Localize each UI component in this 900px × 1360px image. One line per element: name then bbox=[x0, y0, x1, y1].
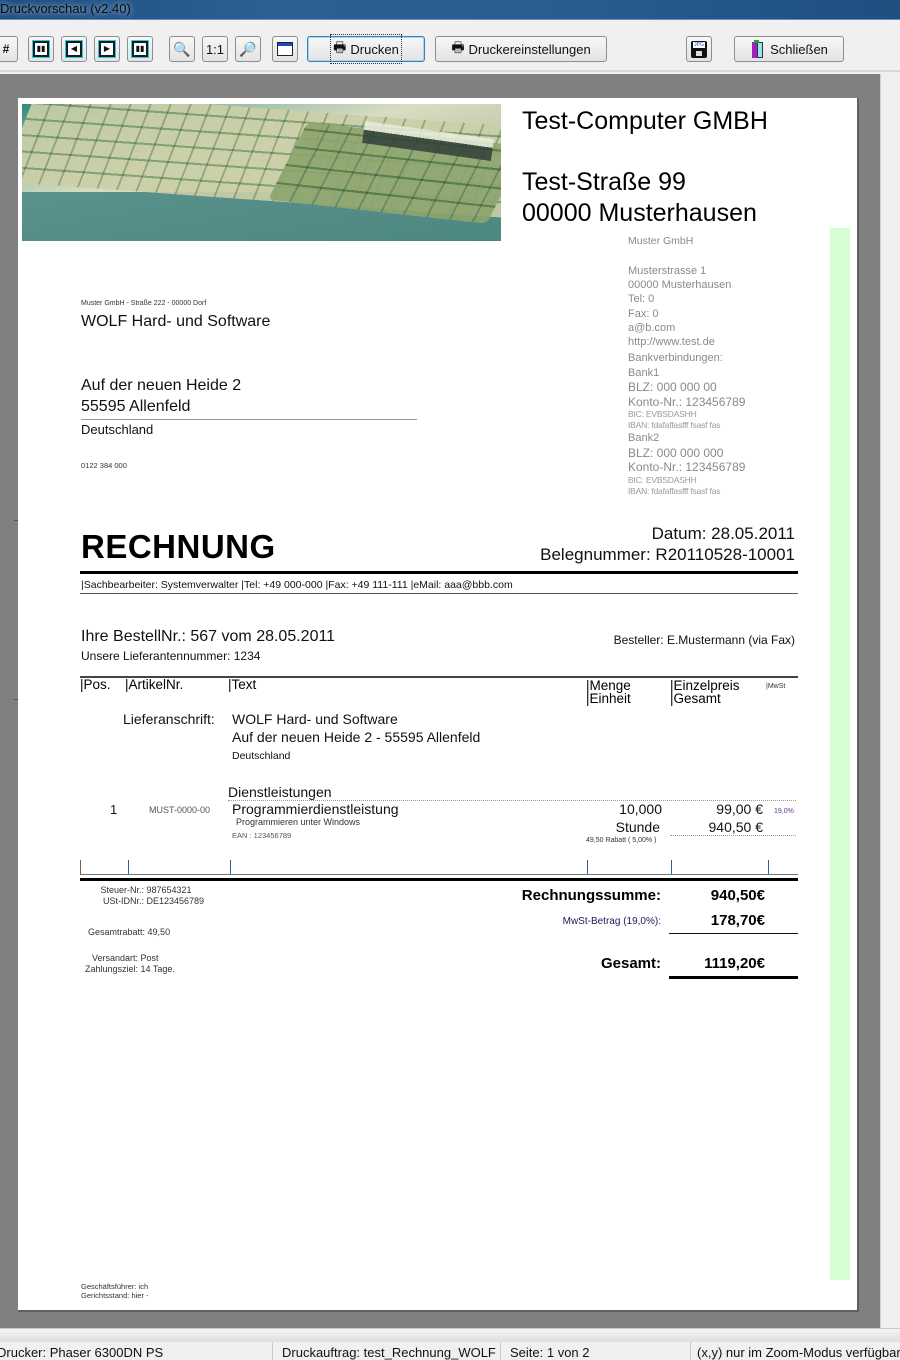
zoom-actual-button[interactable]: 1:1 bbox=[202, 36, 228, 62]
delivery-label: Lieferanschrift: bbox=[123, 711, 215, 727]
item-article: MUST-0000-00 bbox=[149, 805, 210, 815]
footer-ceo: Geschäftsführer: ich bbox=[81, 1282, 149, 1291]
bank2-blz: BLZ: 000 000 000 bbox=[628, 446, 745, 461]
col-article: |ArtikelNr. bbox=[125, 678, 183, 692]
sender-street: Test-Straße 99 bbox=[522, 168, 686, 197]
payment-value: 14 Tage. bbox=[141, 964, 175, 974]
shipping-label: Versandart: bbox=[78, 953, 138, 964]
keyboard-header-image bbox=[22, 104, 501, 241]
page-number-button[interactable]: # bbox=[0, 36, 18, 62]
zoom-in-button[interactable]: 🔍 bbox=[169, 36, 195, 62]
document-number: Belegnummer: R20110528-10001 bbox=[540, 545, 795, 565]
item-text: Programmierdienstleistung bbox=[232, 801, 399, 817]
vat-label: MwSt-Betrag (19,0%): bbox=[563, 916, 661, 927]
contact-line: |Sachbearbeiter: Systemverwalter |Tel: +… bbox=[81, 579, 513, 591]
print-label: Drucken bbox=[350, 42, 398, 57]
sidebar-web: http://www.test.de bbox=[628, 335, 731, 349]
exit-door-icon bbox=[750, 40, 764, 58]
toolbar: # ▮▮ ◀ ▶ ▮▮ 🔍 1:1 🔎 🖶 Drucken 🖶 Druckere… bbox=[0, 20, 900, 72]
shipping-info: Versandart: Post Zahlungsziel: 14 Tage. bbox=[78, 953, 175, 975]
bank2-iban: IBAN: fdafaffasfff fsasf fas bbox=[628, 486, 745, 497]
vat-value: 178,70€ bbox=[711, 912, 765, 929]
last-page-icon: ▮▮ bbox=[132, 41, 148, 57]
bank1-konto: Konto-Nr.: 123456789 bbox=[628, 395, 745, 410]
sidebar-tel: Tel: 0 bbox=[628, 292, 731, 306]
vat-id-label: USt-IDNr.: bbox=[78, 896, 144, 907]
save-jpg-button[interactable]: JPG bbox=[686, 36, 712, 62]
item-vat: 19,0% bbox=[774, 808, 794, 815]
recipient-phone: 0122 384 000 bbox=[81, 461, 127, 470]
zoom-actual-label: 1:1 bbox=[206, 42, 224, 57]
bank1-blz: BLZ: 000 000 00 bbox=[628, 380, 745, 395]
table-end-rule bbox=[80, 878, 798, 881]
invoice-page: Test-Computer GMBH Test-Straße 99 00000 … bbox=[18, 98, 859, 1312]
page-footer: Geschäftsführer: ich Gerichtsstand: hier… bbox=[81, 1282, 149, 1300]
bank2-name: Bank2 bbox=[628, 431, 745, 446]
col-text: |Text bbox=[228, 678, 256, 692]
save-jpg-icon: JPG bbox=[691, 41, 707, 58]
supplier-number: Unsere Lieferantennummer: 1234 bbox=[81, 649, 260, 663]
title-rule bbox=[80, 571, 798, 574]
sidebar-fax: Fax: 0 bbox=[628, 307, 731, 321]
next-page-button[interactable]: ▶ bbox=[94, 36, 120, 62]
recipient-city: 55595 Allenfeld bbox=[81, 398, 190, 416]
printer-settings-button[interactable]: 🖶 Druckereinstellungen bbox=[435, 36, 607, 62]
col-tick bbox=[587, 860, 588, 874]
status-page: Seite: 1 von 2 bbox=[510, 1345, 690, 1360]
grand-total-label: Gesamt: bbox=[601, 955, 661, 972]
status-print-job: Druckauftrag: test_Rechnung_WOLF bbox=[282, 1345, 502, 1360]
zoom-out-icon: 🔎 bbox=[239, 41, 256, 58]
tax-no-label: Steuer-Nr.: bbox=[78, 885, 144, 896]
shipping-value: Post bbox=[141, 953, 159, 963]
page-layout-icon bbox=[277, 42, 293, 56]
payment-label: Zahlungsziel: bbox=[78, 964, 138, 975]
recipient-country: Deutschland bbox=[81, 422, 153, 437]
grand-total-value: 1119,20€ bbox=[704, 955, 765, 972]
window-title: Druckvorschau (v2.40) bbox=[0, 1, 131, 16]
group-title: Dienstleistungen bbox=[228, 784, 332, 800]
print-button[interactable]: 🖶 Drucken bbox=[307, 36, 425, 62]
sidebar-city: 00000 Musterhausen bbox=[628, 278, 731, 292]
hash-label: # bbox=[3, 42, 10, 56]
status-coordinates: (x,y) nur im Zoom-Modus verfügbar bbox=[697, 1345, 900, 1360]
last-page-button[interactable]: ▮▮ bbox=[127, 36, 153, 62]
window-titlebar: Druckvorschau (v2.40) bbox=[0, 0, 900, 20]
bank1-iban: IBAN: fdafaffasfff fsasf fas bbox=[628, 420, 745, 431]
sidebar-contact: Musterstrasse 1 00000 Musterhausen Tel: … bbox=[628, 264, 731, 349]
item-subtext: Programmieren unter Windows bbox=[236, 817, 360, 827]
contact-rule bbox=[80, 593, 798, 594]
item-quantity: 10,000 bbox=[619, 801, 662, 817]
order-reference: Ihre BestellNr.: 567 vom 28.05.2011 bbox=[81, 628, 335, 646]
sidebar-street: Musterstrasse 1 bbox=[628, 264, 731, 278]
first-page-icon: ▮▮ bbox=[33, 41, 49, 57]
delivery-country: Deutschland bbox=[232, 750, 290, 762]
recipient-name: WOLF Hard- und Software bbox=[81, 313, 270, 331]
table-bottom-rule bbox=[80, 874, 798, 875]
footer-court: Gerichtsstand: hier - bbox=[81, 1291, 149, 1300]
printer-settings-icon: 🖶 bbox=[451, 37, 464, 61]
zoom-out-button[interactable]: 🔎 bbox=[235, 36, 261, 62]
return-address: Muster GmbH - Straße 222 - 00000 Dorf bbox=[81, 300, 206, 307]
delivery-address: Auf der neuen Heide 2 - 55595 Allenfeld bbox=[232, 729, 480, 745]
col-tick bbox=[80, 860, 81, 874]
tax-no: 987654321 bbox=[147, 885, 192, 895]
item-pos: 1 bbox=[110, 802, 117, 817]
recipient-street: Auf der neuen Heide 2 bbox=[81, 377, 241, 395]
horizontal-scrollbar[interactable] bbox=[0, 1328, 900, 1342]
item-discount: 49,50 Rabatt ( 5,00% ) bbox=[586, 837, 656, 844]
total-discount-label: Gesamtrabatt: bbox=[88, 927, 145, 937]
green-marker-strip bbox=[830, 228, 850, 1280]
col-tick bbox=[230, 860, 231, 874]
orderer: Besteller: E.Mustermann (via Fax) bbox=[614, 633, 795, 647]
preview-area[interactable]: Test-Computer GMBH Test-Straße 99 00000 … bbox=[0, 74, 880, 1328]
vat-id: DE123456789 bbox=[147, 896, 205, 906]
col-unit: |Einheit bbox=[586, 692, 631, 706]
sidebar-banks: Bankverbindungen: Bank1 BLZ: 000 000 00 … bbox=[628, 351, 745, 497]
col-vat: |MwSt bbox=[766, 683, 785, 690]
printer-settings-label: Druckereinstellungen bbox=[469, 42, 591, 57]
status-printer: Drucker: Phaser 6300DN PS bbox=[0, 1345, 267, 1360]
close-button[interactable]: Schließen bbox=[734, 36, 844, 62]
page-layout-button[interactable] bbox=[272, 36, 298, 62]
total-discount: Gesamtrabatt: 49,50 bbox=[88, 927, 170, 937]
subtotal-value: 940,50€ bbox=[711, 887, 765, 904]
next-page-icon: ▶ bbox=[99, 41, 115, 57]
vat-underline bbox=[669, 933, 798, 934]
vertical-scrollbar[interactable] bbox=[880, 74, 900, 1328]
bank1-name: Bank1 bbox=[628, 366, 745, 381]
item-unit: Stunde bbox=[616, 819, 660, 835]
bank2-konto: Konto-Nr.: 123456789 bbox=[628, 460, 745, 475]
col-pos: |Pos. bbox=[80, 678, 111, 692]
sender-company: Test-Computer GMBH bbox=[522, 107, 768, 136]
col-tick bbox=[128, 860, 129, 874]
sidebar-name: Muster GmbH bbox=[628, 235, 693, 247]
subtotal-label: Rechnungssumme: bbox=[522, 887, 661, 904]
printer-icon: 🖶 bbox=[333, 37, 346, 61]
zoom-in-icon: 🔍 bbox=[173, 41, 190, 58]
address-underline bbox=[81, 419, 417, 420]
status-bar: Drucker: Phaser 6300DN PS Druckauftrag: … bbox=[0, 1342, 900, 1360]
sender-city: 00000 Musterhausen bbox=[522, 199, 757, 228]
col-tick bbox=[671, 860, 672, 874]
document-title: RECHNUNG bbox=[81, 528, 276, 566]
grand-total-underline bbox=[669, 976, 798, 979]
item-ean: EAN : 123456789 bbox=[232, 831, 291, 840]
item-total: 940,50 € bbox=[709, 819, 764, 835]
bank-header: Bankverbindungen: bbox=[628, 351, 745, 366]
bank1-bic: BIC: EVBSDASHH bbox=[628, 409, 745, 420]
col-total: |Gesamt bbox=[670, 692, 721, 706]
item-unit-price: 99,00 € bbox=[716, 801, 763, 817]
invoice-date: Datum: 28.05.2011 bbox=[652, 524, 795, 544]
tax-info: Steuer-Nr.: 987654321 USt-IDNr.: DE12345… bbox=[78, 885, 204, 907]
close-label: Schließen bbox=[770, 42, 828, 57]
col-tick bbox=[768, 860, 769, 874]
previous-page-button[interactable]: ◀ bbox=[61, 36, 87, 62]
bank2-bic: BIC: EVBSDASHH bbox=[628, 475, 745, 486]
delivery-name: WOLF Hard- und Software bbox=[232, 711, 398, 727]
total-divider bbox=[670, 835, 796, 836]
previous-page-icon: ◀ bbox=[66, 41, 82, 57]
first-page-button[interactable]: ▮▮ bbox=[28, 36, 54, 62]
sidebar-email: a@b.com bbox=[628, 321, 731, 335]
total-discount-value: 49,50 bbox=[148, 927, 171, 937]
